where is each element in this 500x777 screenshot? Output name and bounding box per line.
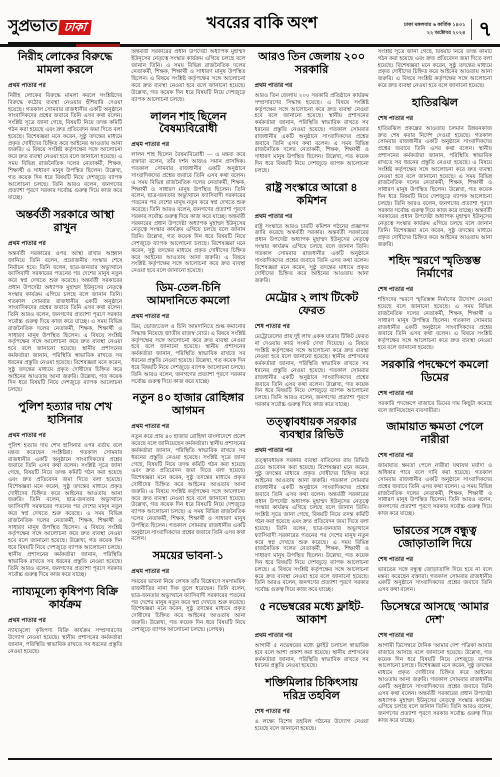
continued-from-label: প্রথম পাতার পর — [255, 211, 369, 222]
article-headline[interactable]: ন্যায্যমূল্যে কৃষিপণ্য বিক্রি কার্যক্রম — [9, 586, 121, 612]
article-body: নিরীহ লোকের বিরুদ্ধে মামলা করলে সংশ্লিষ্… — [8, 93, 122, 202]
page-header: সুপ্রভাতঢাকা খবরের বাকি অংশ ঢাকা মঙ্গলবা… — [0, 0, 500, 47]
news-column: আরও তিন জেলায় ২০০ সরকারি প্রথম পাতার পর… — [255, 49, 369, 755]
article-body: আরও তিন জেলায় ২০০ সরকারি প্রতিষ্ঠানে কা… — [255, 93, 369, 175]
content-columns: নিরীহ লোকের বিরুদ্ধে মামলা করলে প্রথম পা… — [0, 47, 500, 755]
continued-from-label: শেষ পাতার পর — [378, 388, 492, 399]
continued-from-label: শেষ পাতার পর — [255, 706, 369, 717]
article-headline[interactable]: সরকারি পদক্ষেপে কমলো ডিমের — [379, 359, 491, 385]
article-headline[interactable]: মেট্রোর ২ লাখ টিকেট ফেরত — [256, 292, 368, 318]
logo-badge: ঢাকা — [58, 20, 92, 35]
article-body: জামায়াত ক্ষমতা পেলে নারীরা যথাযথ মর্যাদ… — [378, 463, 492, 518]
continued-from-label: প্রথম পাতার পর — [8, 80, 122, 91]
logo-text: সুপ্রভাত — [8, 18, 57, 35]
date-line-gregorian: ২২ অক্টোবর ২০২৪ — [404, 30, 465, 38]
continued-from-label: শেষ পাতার পর — [378, 630, 492, 641]
continued-from-label: প্রথম পাতার পর — [255, 445, 369, 456]
page-number: ৭ — [471, 19, 492, 40]
continued-from-label: প্রথম পাতার পর — [131, 311, 245, 322]
section-title: খবরের বাকি অংশ — [120, 10, 404, 44]
article-headline[interactable]: নতুন ৪০ হাজার রোহিঙ্গার আগমন — [132, 392, 244, 418]
news-article: পুলিশ হত্যার দায় শেখ হাসিনার প্রথম পাতা… — [8, 401, 122, 579]
news-article: ৫ নভেম্বরের মধ্যে ফ্লাইট-আকাশ প্রথম পাতা… — [255, 601, 369, 670]
issue-info: ঢাকা মঙ্গলবার ৬ কার্তিক ১৪৩১ ২২ অক্টোবর … — [404, 19, 492, 44]
article-body: রাষ্ট্র সংস্কারে আরও চারটি কমিশন গঠনের প… — [255, 224, 369, 285]
news-article: ডিম-তেল-চিনি আমদানিতে কমলো প্রথম পাতার প… — [131, 282, 245, 385]
news-article: হাতিরঝিল শেষ পাতার পর হাতিরঝিল প্রকল্পের… — [378, 97, 492, 249]
news-article: সরকারি পদক্ষেপে কমলো ডিমের শেষ পাতার পর … — [378, 359, 492, 415]
article-headline[interactable]: শক্তিমিলার চিকিৎসায় দরিদ্র তহবিল — [256, 677, 368, 703]
article-body: ডিম, ভোজ্যতেল ও চিনি আমদানিতে শুল্ক কমান… — [131, 324, 245, 385]
article-headline[interactable]: সময়ের ভাবনা-১ — [132, 550, 244, 563]
continued-from-label: শেষ পাতার পর — [378, 554, 492, 565]
date-block: ঢাকা মঙ্গলবার ৬ কার্তিক ১৪৩১ ২২ অক্টোবর … — [404, 22, 465, 37]
article-body: মেট্রোরেলের প্রায় দুই লাখ একক যাত্রার ট… — [255, 334, 369, 409]
continued-from-label: প্রথম পাতার পর — [8, 615, 122, 626]
article-headline[interactable]: নিরীহ লোকের বিরুদ্ধে মামলা করলে — [9, 51, 121, 77]
article-body: নতুন করে প্রায় ৪০ হাজার রোহিঙ্গা বাংলাদ… — [131, 434, 245, 543]
continued-from-label: শেষ পাতার পর — [378, 113, 492, 124]
newspaper-page: সুপ্রভাতঢাকা খবরের বাকি অংশ ঢাকা মঙ্গলবা… — [0, 0, 500, 777]
article-headline[interactable]: অন্তর্বর্তী সরকারে আস্থা রাখুন — [9, 209, 121, 235]
continued-from-label: প্রথম পাতার পর — [8, 430, 122, 441]
news-article: জামায়াত ক্ষমতা পেলে নারীরা শেষ পাতার পর… — [378, 421, 492, 517]
news-article: রাষ্ট্র সংস্কারে আরো ৪ কমিশন প্রথম পাতার… — [255, 182, 369, 285]
article-body: সময়ের ভাবনা নিয়ে লেখক তাঁর বিশ্লেষণে স… — [131, 579, 245, 634]
news-article: ন্যায্যমূল্যে কৃষিপণ্য বিক্রি কার্যক্রম … — [8, 586, 122, 655]
news-article: তত্ত্বাবধায়ক সরকার ব্যবস্থার রিভিউ প্রথ… — [255, 416, 369, 594]
news-column: অন্তর্বর্তী সরকারের প্রধান উপদেষ্টা অধ্য… — [131, 49, 245, 755]
news-article: সংশ্লিষ্ট সূত্রে জানা গেছে, বিষয়টি নিয়… — [378, 49, 492, 90]
article-headline[interactable]: লালন শাহ ছিলেন বৈষম্যবিরোধী — [132, 111, 244, 137]
continued-from-label: প্রথম পাতার পর — [255, 630, 369, 641]
article-body: ভারতের সঙ্গে বন্ধুত্ব জোড়াতালি দিয়ে হব… — [378, 567, 492, 594]
continued-from-label: প্রথম পাতার পর — [131, 566, 245, 577]
article-body: শহিদদের স্মরণে স্মৃতিস্তম্ভ নির্মাণের উদ… — [378, 297, 492, 352]
article-body: হাতিরঝিল প্রকল্পের আওতায় চলমান উন্নয়নক… — [378, 126, 492, 249]
article-body: সংশ্লিষ্ট সূত্রে জানা গেছে, বিষয়টি নিয়… — [378, 49, 492, 90]
continued-from-label: শেষ পাতার পর — [378, 284, 492, 295]
article-headline[interactable]: রাষ্ট্র সংস্কারে আরো ৪ কমিশন — [256, 182, 368, 208]
article-headline[interactable]: শহিদ স্মরণে স্মৃতিস্তম্ভ নির্মাণের — [379, 255, 491, 281]
newspaper-logo[interactable]: সুপ্রভাতঢাকা — [8, 13, 120, 44]
news-article: নতুন ৪০ হাজার রোহিঙ্গার আগমন প্রথম পাতার… — [131, 392, 245, 543]
news-article: ভারতের সঙ্গে বন্ধুত্ব জোড়াতালি দিয়ে শে… — [378, 525, 492, 594]
news-article: সময়ের ভাবনা-১ প্রথম পাতার পর সময়ের ভাব… — [131, 550, 245, 633]
article-body: অন্তর্বর্তী সরকারের প্রধান উপদেষ্টা অধ্য… — [131, 49, 245, 104]
article-headline[interactable]: আরও তিন জেলায় ২০০ সরকারি — [256, 51, 368, 77]
article-body: সরকারি পদক্ষেপে বাজারে ডিমের দাম কিছুটা … — [378, 401, 492, 415]
article-headline[interactable]: ডিম-তেল-চিনি আমদানিতে কমলো — [132, 282, 244, 308]
news-article: মেট্রোর ২ লাখ টিকেট ফেরত শেষ পাতার পর মে… — [255, 292, 369, 409]
article-headline[interactable]: ৫ নভেম্বরের মধ্যে ফ্লাইট-আকাশ — [256, 601, 368, 627]
continued-from-label: শেষ পাতার পর — [255, 321, 369, 332]
news-article: ডিসেম্বরে আসছে 'আমার দেশ' শেষ পাতার পর আ… — [378, 601, 492, 725]
news-article: লালন শাহ ছিলেন বৈষম্যবিরোধী প্রথম পাতার … — [131, 111, 245, 276]
logo-tagline-bar — [76, 44, 120, 47]
news-article: নিরীহ লোকের বিরুদ্ধে মামলা করলে প্রথম পা… — [8, 51, 122, 202]
news-article: শক্তিমিলার চিকিৎসায় দরিদ্র তহবিল শেষ পা… — [255, 677, 369, 733]
news-column: নিরীহ লোকের বিরুদ্ধে মামলা করলে প্রথম পা… — [8, 49, 122, 755]
article-headline[interactable]: ভারতের সঙ্গে বন্ধুত্ব জোড়াতালি দিয়ে — [379, 525, 491, 551]
article-body: আগামী ডিসেম্বরে দৈনিক 'আমার দেশ' পত্রিকা… — [378, 643, 492, 725]
news-article: শহিদ স্মরণে স্মৃতিস্তম্ভ নির্মাণের শেষ প… — [378, 255, 492, 351]
continued-from-label: প্রথম পাতার পর — [131, 421, 245, 432]
article-body: পুলিশ হত্যার দায় শেখ হাসিনার ওপর বর্তায… — [8, 443, 122, 579]
article-body: লালন শাহ ছিলেন বৈষম্যবিরোধী — এ মন্তব্য … — [131, 152, 245, 275]
article-headline[interactable]: জামায়াত ক্ষমতা পেলে নারীরা — [379, 421, 491, 447]
continued-from-label: শেষ পাতার পর — [378, 450, 492, 461]
date-line-bangla: ঢাকা মঙ্গলবার ৬ কার্তিক ১৪৩১ — [404, 22, 465, 30]
article-body: ন্যায্যমূল্যে কৃষিপণ্য বিক্রি কার্যক্রম … — [8, 628, 122, 655]
continued-from-label: প্রথম পাতার পর — [255, 80, 369, 91]
news-article: আরও তিন জেলায় ২০০ সরকারি প্রথম পাতার পর… — [255, 51, 369, 175]
news-article: অন্তর্বর্তী সরকারে আস্থা রাখুন প্রথম পাত… — [8, 209, 122, 394]
article-headline[interactable]: হাতিরঝিল — [379, 97, 491, 110]
news-article: অন্তর্বর্তী সরকারের প্রধান উপদেষ্টা অধ্য… — [131, 49, 245, 104]
news-column: সংশ্লিষ্ট সূত্রে জানা গেছে, বিষয়টি নিয়… — [378, 49, 492, 755]
article-headline[interactable]: পুলিশ হত্যার দায় শেখ হাসিনার — [9, 401, 121, 427]
continued-from-label: প্রথম পাতার পর — [131, 139, 245, 150]
continued-from-label: প্রথম পাতার পর — [8, 238, 122, 249]
article-headline[interactable]: তত্ত্বাবধায়ক সরকার ব্যবস্থার রিভিউ — [256, 416, 368, 442]
article-body: এ লক্ষ্যে বিশেষ তহবিল গঠনের উদ্যোগ নেওয়… — [255, 719, 369, 733]
article-body: তত্ত্বাবধায়ক সরকার ব্যবস্থা বাতিলের রায… — [255, 458, 369, 594]
article-body: অন্তর্বর্তী সরকারের ওপর আস্থা রাখার আহ্ব… — [8, 251, 122, 394]
footer-rule — [8, 758, 492, 760]
article-headline[interactable]: ডিসেম্বরে আসছে 'আমার দেশ' — [379, 601, 491, 627]
article-body: আগামী ৫ নভেম্বরের মধ্যে ফ্লাইট চলাচল স্ব… — [255, 643, 369, 670]
